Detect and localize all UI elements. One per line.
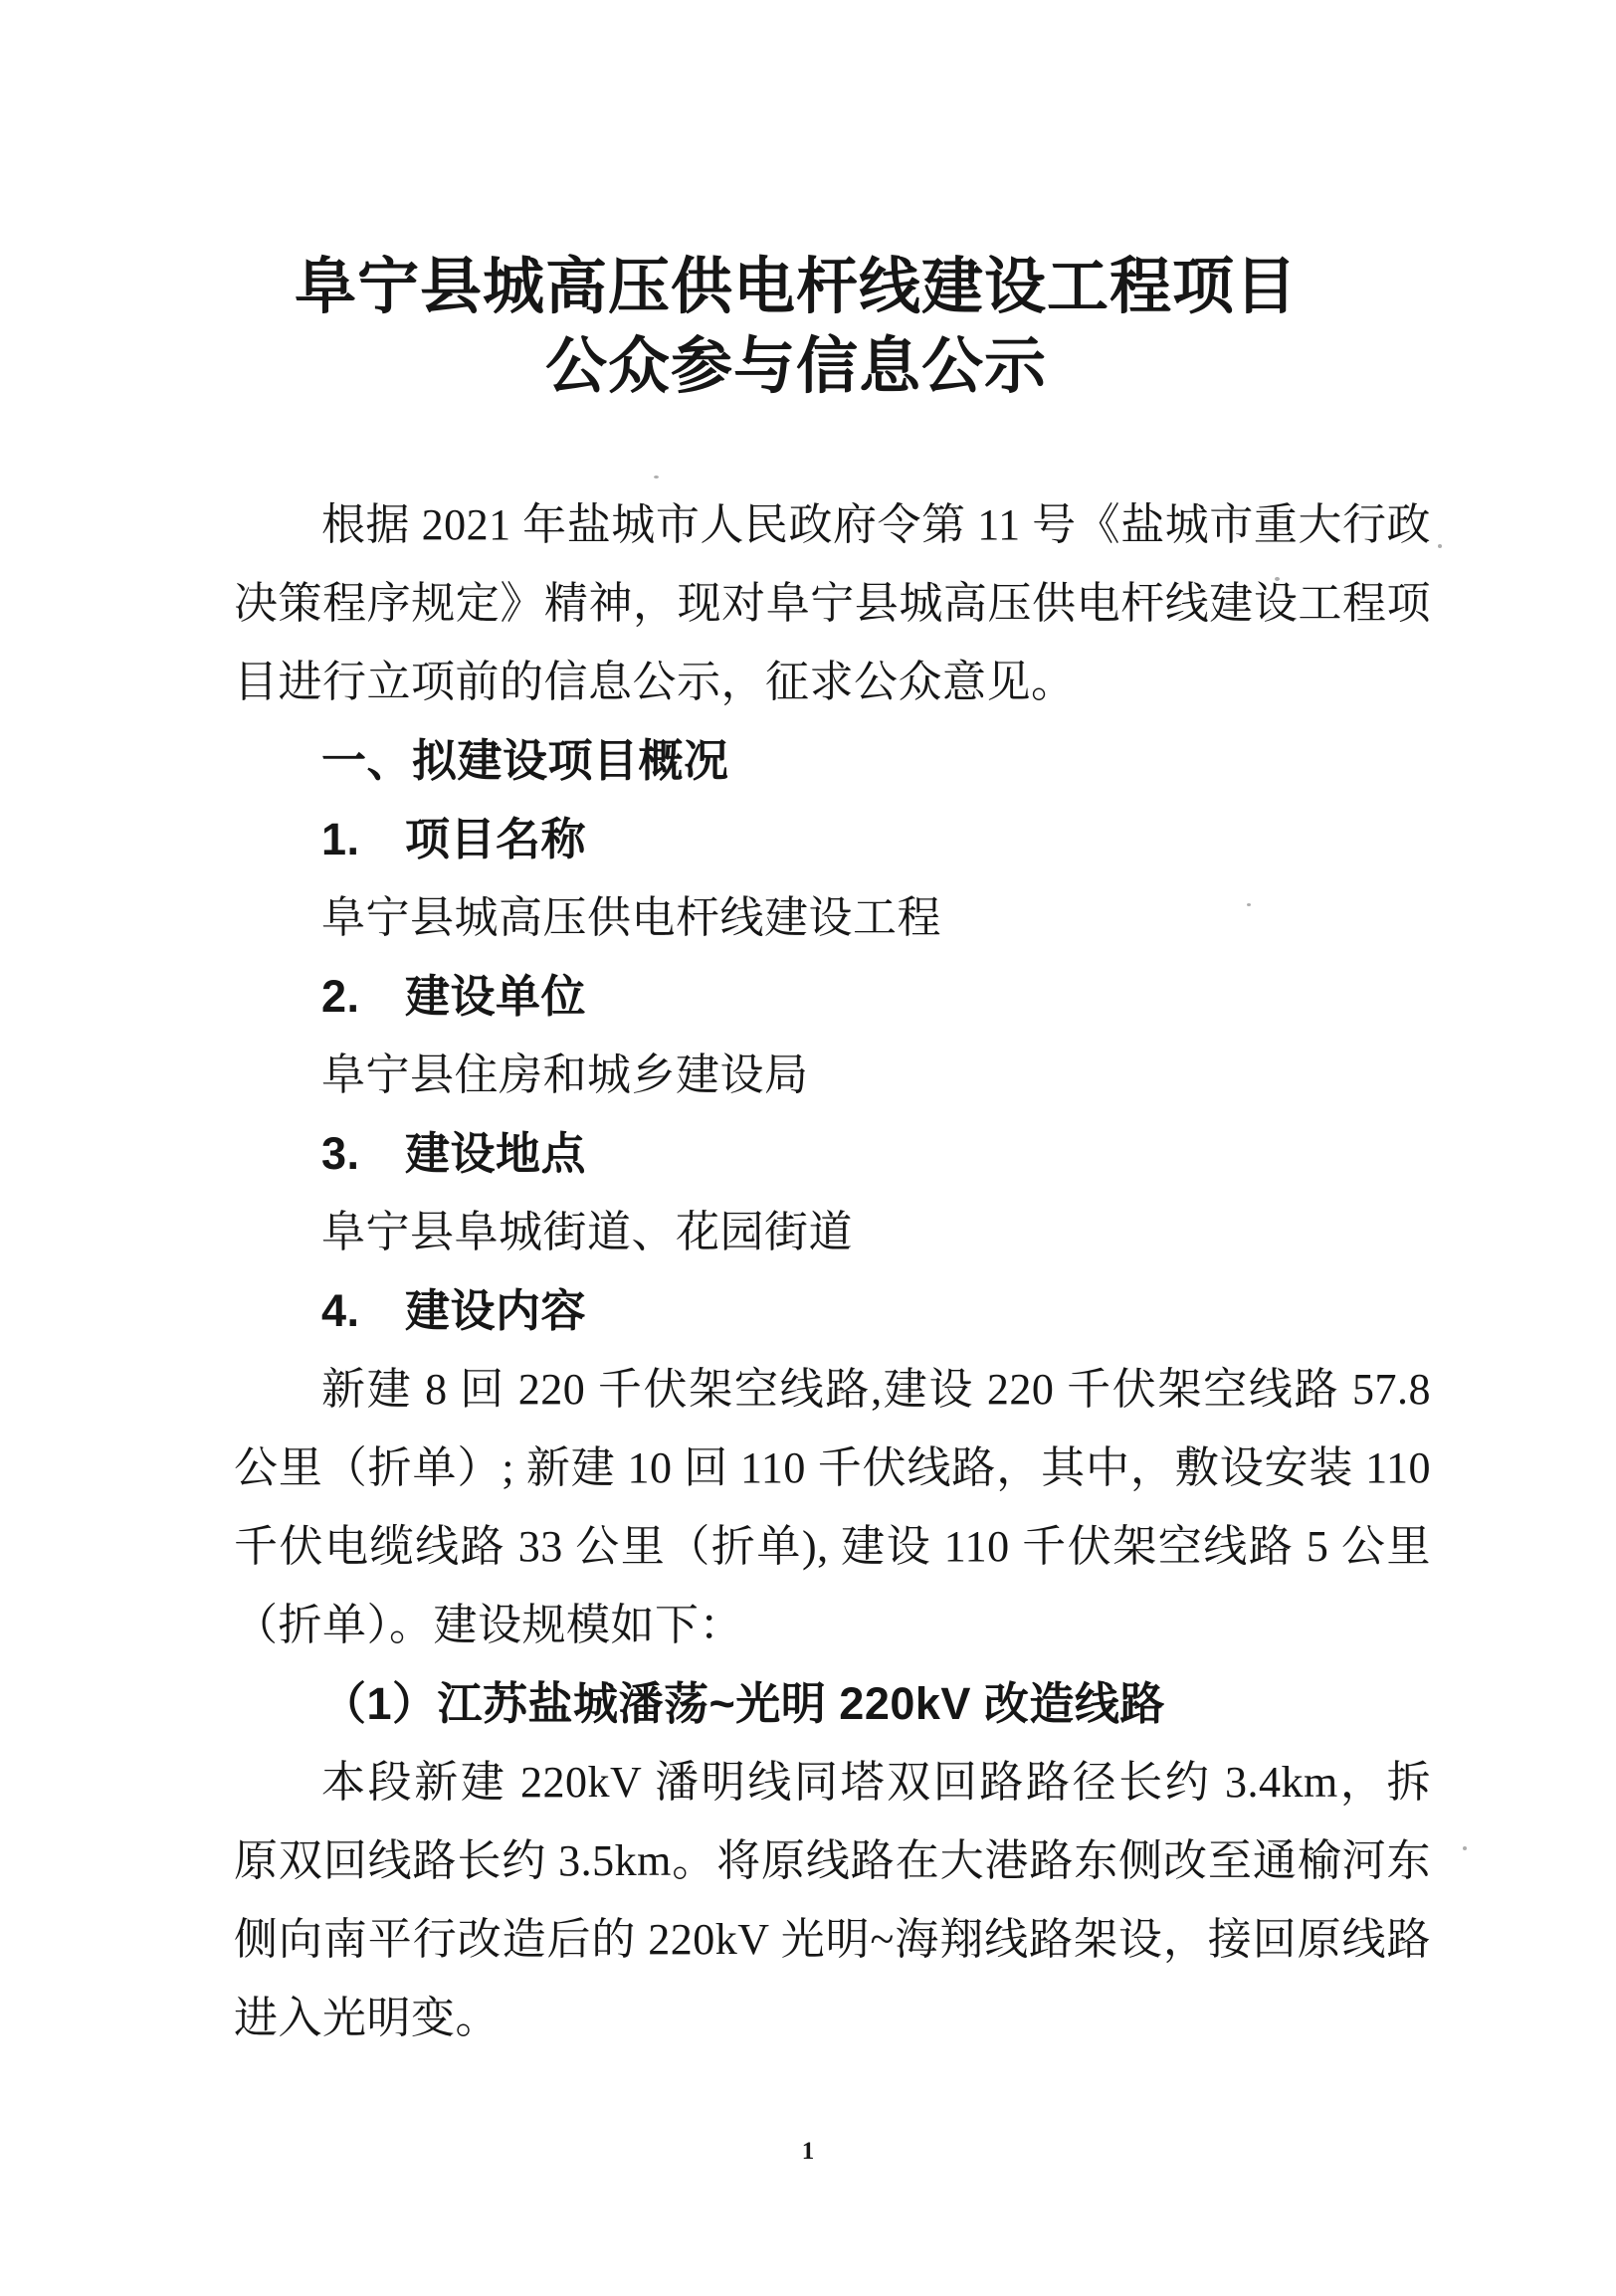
scan-artifact-dot <box>1438 544 1442 548</box>
intro-line-3: 目进行立项前的信息公示，征求公众意见。 <box>234 643 1431 721</box>
item-1-heading: 1. 项目名称 <box>234 800 1431 878</box>
page-number: 1 <box>0 2137 1616 2167</box>
item-4-heading: 4. 建设内容 <box>234 1271 1431 1350</box>
document-body: 根据 2021 年盐城市人民政府令第 11 号《盐城市重大行政 决策程序规定》精… <box>234 485 1431 2057</box>
subsection-1-body-line-4: 进入光明变。 <box>234 1979 1431 2057</box>
item-4-body-line-3: 千伏电缆线路 33 公里（折单), 建设 110 千伏架空线路 5 公里 <box>234 1507 1431 1586</box>
item-4-body-line-1: 新建 8 回 220 千伏架空线路,建设 220 千伏架空线路 57.8 <box>234 1350 1431 1429</box>
item-3-body: 阜宁县阜城街道、花园街道 <box>234 1193 1431 1271</box>
scanned-document-page: 阜宁县城高压供电杆线建设工程项目 公众参与信息公示 根据 2021 年盐城市人民… <box>0 0 1616 2296</box>
item-4-body-line-4: （折单）。建设规模如下： <box>234 1586 1431 1664</box>
item-4-body-line-2: 公里（折单）; 新建 10 回 110 千伏线路，其中，敷设安装 110 <box>234 1429 1431 1507</box>
subsection-1-body-line-1: 本段新建 220kV 潘明线同塔双回路路径长约 3.4km，拆除 <box>234 1743 1431 1821</box>
document-title-line-2: 公众参与信息公示 <box>0 327 1592 407</box>
intro-line-2: 决策程序规定》精神，现对阜宁县城高压供电杆线建设工程项 <box>234 564 1431 643</box>
subsection-1-body-line-3: 侧向南平行改造后的 220kV 光明~海翔线路架设，接回原线路 <box>234 1900 1431 1979</box>
section-1-heading: 一、拟建设项目概况 <box>234 721 1431 800</box>
document-title-line-1: 阜宁县城高压供电杆线建设工程项目 <box>0 248 1592 327</box>
intro-line-1: 根据 2021 年盐城市人民政府令第 11 号《盐城市重大行政 <box>234 485 1431 564</box>
scan-artifact-dot <box>1275 577 1280 581</box>
scan-artifact-dot <box>1247 903 1251 906</box>
scan-artifact-dot <box>654 476 659 478</box>
item-2-heading: 2. 建设单位 <box>234 957 1431 1036</box>
subsection-1-heading: （1）江苏盐城潘荡~光明 220kV 改造线路 <box>234 1664 1431 1743</box>
item-2-body: 阜宁县住房和城乡建设局 <box>234 1036 1431 1114</box>
item-3-heading: 3. 建设地点 <box>234 1114 1431 1193</box>
subsection-1-body-line-2: 原双回线路长约 3.5km。将原线路在大港路东侧改至通榆河东 <box>234 1821 1431 1900</box>
document-title: 阜宁县城高压供电杆线建设工程项目 公众参与信息公示 <box>0 248 1592 407</box>
scan-artifact-dot <box>1463 1846 1467 1850</box>
item-1-body: 阜宁县城高压供电杆线建设工程 <box>234 878 1431 957</box>
